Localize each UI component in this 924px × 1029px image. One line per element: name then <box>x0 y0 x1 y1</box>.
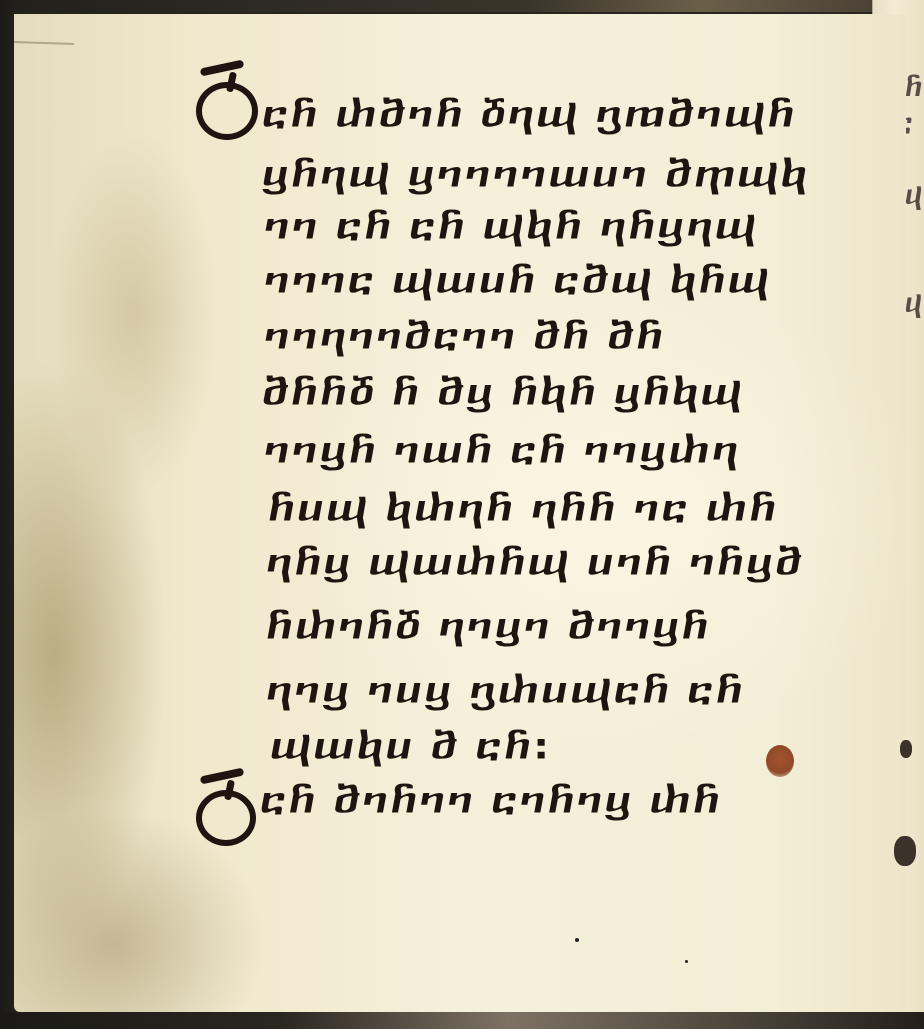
text-line-10: ⴌⴐⴈⴌⴃ ⴄⴈⴁⴈ ⴋⴈⴈⴁⴌ <box>266 606 711 647</box>
ink-speck <box>685 960 688 963</box>
text-line-5: ⴈⴈⴄⴈⴈⴋⴀⴈⴈ ⴋⴌ ⴋⴌ <box>264 316 665 357</box>
text-line-4: ⴈⴈⴈⴀ ⴓⴍⴎⴌ ⴀⴋⴓ ⴉⴌⴓ <box>264 260 771 301</box>
red-ink-spot <box>766 745 794 777</box>
text-line-13: ⴀⴌ ⴋⴈⴌⴈⴈ ⴀⴈⴌⴈⴁ ⴐⴌ <box>260 780 722 821</box>
top-book-edge <box>14 0 874 12</box>
circle-initial-icon <box>196 790 256 846</box>
text-line-9: ⴄⴌⴁ ⴓⴍⴐⴌⴓ ⴎⴈⴌ ⴈⴌⴁⴋ <box>266 542 804 583</box>
page-edge-damage <box>900 740 912 758</box>
text-line-8: ⴌⴎⴓ ⴉⴐⴄⴌ ⴄⴌⴌ ⴈⴀ ⴐⴌ <box>268 488 778 529</box>
bottom-book-edge <box>0 1012 924 1029</box>
text-line-6: ⴋⴌⴌⴃ ⴌ ⴋⴁ ⴌⴉⴌ ⴁⴌⴉⴓ <box>262 372 744 413</box>
text-line-2: ⴁⴌⴄⴓ ⴁⴈⴈⴈⴈⴍⴎⴈ ⴋⴅⴓⴉ <box>262 154 809 195</box>
page-edge-damage <box>894 836 916 866</box>
text-line-12: ⴓⴍⴉⴎ ⴋ ⴀⴌ: <box>270 726 551 767</box>
text-line-3: ⴈⴈ ⴀⴌ ⴀⴌ ⴓⴉⴌ ⴄⴌⴁⴄⴓ <box>264 206 758 247</box>
manuscript-photo: ⴓⴌ ⴌⴀ ⴀ ⴋⴓ ⴈ ⴁ ⴄⴓ ⴌ ⴀ ⴐ ⴀⴌ ⴐⴋⴈⴌ ⴃⴄⴓ ⴂⴊⴋⴈ… <box>0 0 924 1029</box>
text-line-11: ⴄⴈⴁ ⴈⴎⴁ ⴂⴐⴎⴓⴀⴌ ⴀⴌ <box>266 670 745 711</box>
text-line-7: ⴈⴈⴁⴌ ⴈⴍⴌ ⴀⴌ ⴈⴈⴁⴐⴄ <box>264 430 740 471</box>
text-line-1: ⴀⴌ ⴐⴋⴈⴌ ⴃⴄⴓ ⴂⴊⴋⴈⴓⴌ <box>262 94 797 135</box>
ink-speck <box>575 938 579 942</box>
circle-initial-icon <box>196 82 258 140</box>
